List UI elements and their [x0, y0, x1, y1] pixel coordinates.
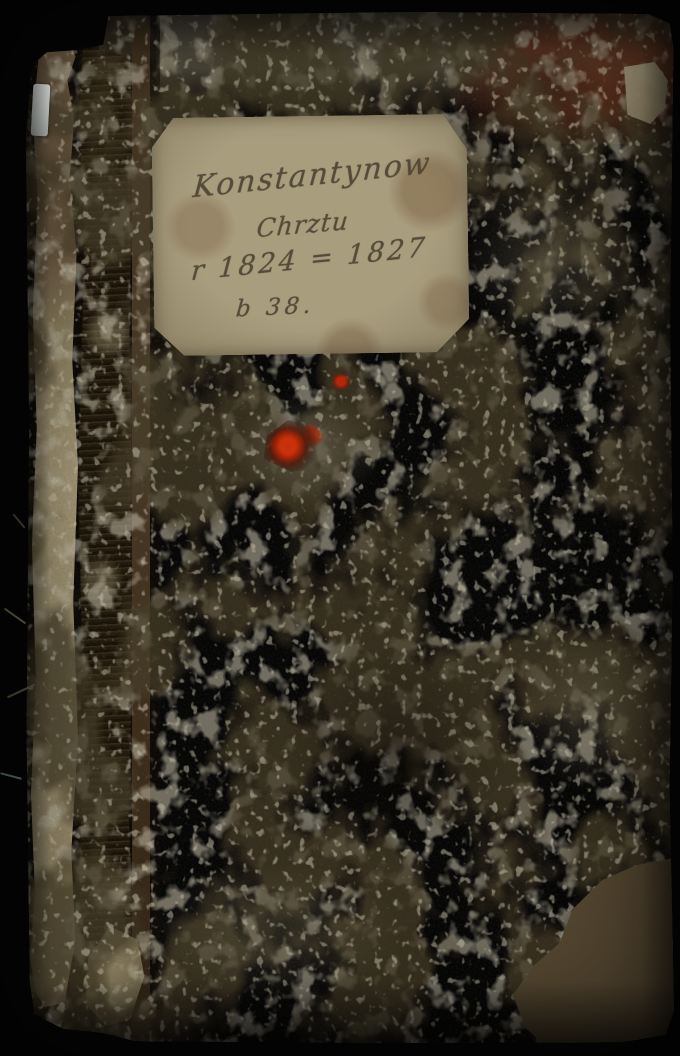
- dark-stain-patch: [279, 642, 509, 852]
- red-wax-speck: [332, 374, 350, 389]
- loose-green-thread: [0, 772, 22, 780]
- loose-thread: [4, 608, 26, 625]
- book-cover-photo: Konstantynow Chrztu r 1824 = 1827 b 38.: [0, 0, 680, 1056]
- light-wear-patch: [519, 632, 659, 792]
- book-cover: Konstantynow Chrztu r 1824 = 1827 b 38.: [24, 12, 674, 1043]
- label-title-text: Konstantynow: [182, 145, 443, 207]
- light-wear-patch: [144, 862, 404, 1002]
- handwritten-paper-label: Konstantynow Chrztu r 1824 = 1827 b 38.: [151, 114, 469, 356]
- loose-thread: [12, 513, 25, 528]
- white-spine-sticker: [31, 84, 51, 137]
- label-number-text: b 38.: [235, 293, 316, 323]
- light-wear-patch: [464, 187, 634, 337]
